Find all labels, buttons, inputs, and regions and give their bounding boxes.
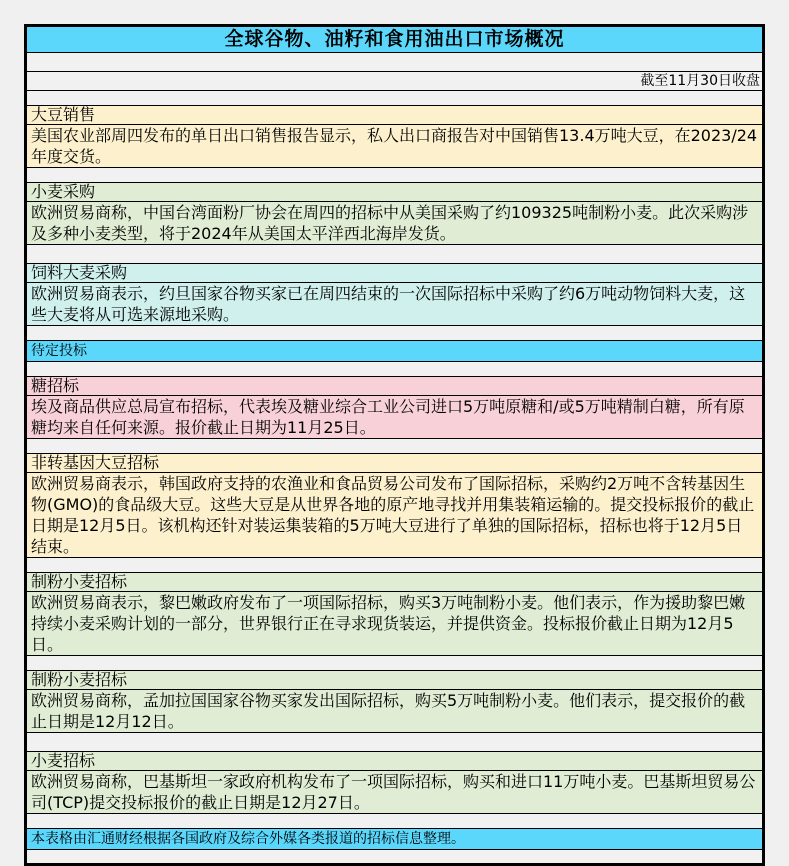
section-header: 小麦采购 [27, 183, 762, 202]
spacer-row [27, 814, 762, 829]
spacer-row [27, 733, 762, 752]
section-header: 非转基因大豆招标 [27, 454, 762, 473]
section-wheat-tender-pakistan: 小麦招标 欧洲贸易商称，巴基斯坦一家政府机构发布了一项国际招标，购买和进口11万… [27, 752, 762, 814]
section-milling-wheat-tender-bangladesh: 制粉小麦招标 欧洲贸易商称，孟加拉国国家谷物买家发出国际招标，购买5万吨制粉小麦… [27, 671, 762, 733]
section-feed-barley-purchase: 饲料大麦采购 欧洲贸易商表示，约旦国家谷物买家已在周四结束的一次国际招标中采购了… [27, 264, 762, 326]
section-body: 埃及商品供应总局宣布招标，代表埃及糖业综合工业公司进口5万吨原糖和/或5万吨精制… [27, 396, 762, 438]
section-body: 欧洲贸易商表示，黎巴嫩政府发布了一项国际招标，购买3万吨制粉小麦。他们表示，作为… [27, 592, 762, 655]
section-non-gmo-soybean-tender: 非转基因大豆招标 欧洲贸易商表示，韩国政府支持的农渔业和食品贸易公司发布了国际招… [27, 454, 762, 558]
spacer-row [27, 656, 762, 671]
table-title: 全球谷物、油籽和食用油出口市场概况 [27, 27, 762, 53]
section-body: 欧洲贸易商称，中国台湾面粉厂协会在周四的招标中从美国采购了约109325吨制粉小… [27, 202, 762, 244]
section-body: 欧洲贸易商表示，韩国政府支持的农渔业和食品贸易公司发布了国际招标，采购约2万吨不… [27, 473, 762, 557]
section-header: 大豆销售 [27, 106, 762, 125]
section-header: 糖招标 [27, 377, 762, 396]
spacer-row [27, 245, 762, 264]
section-soybean-sales: 大豆销售 美国农业部周四发布的单日出口销售报告显示，私人出口商报告对中国销售13… [27, 106, 762, 168]
section-milling-wheat-tender-lebanon: 制粉小麦招标 欧洲贸易商表示，黎巴嫩政府发布了一项国际招标，购买3万吨制粉小麦。… [27, 573, 762, 656]
section-body: 美国农业部周四发布的单日出口销售报告显示，私人出口商报告对中国销售13.4万吨大… [27, 125, 762, 167]
section-header: 小麦招标 [27, 752, 762, 771]
section-sugar-tender: 糖招标 埃及商品供应总局宣布招标，代表埃及糖业综合工业公司进口5万吨原糖和/或5… [27, 377, 762, 439]
spacer-row [27, 326, 762, 341]
pending-tenders-divider: 待定投标 [27, 341, 762, 362]
section-body: 欧洲贸易商称，孟加拉国国家谷物买家发出国际招标，购买5万吨制粉小麦。他们表示，提… [27, 690, 762, 732]
spacer-row [27, 362, 762, 377]
as-of-date: 截至11月30日收盘 [27, 72, 762, 91]
spacer-row [27, 91, 762, 106]
spacer-row [27, 558, 762, 573]
spacer-row [27, 53, 762, 72]
section-header: 制粉小麦招标 [27, 573, 762, 592]
tender-overview-table: 全球谷物、油籽和食用油出口市场概况 截至11月30日收盘 大豆销售 美国农业部周… [24, 24, 765, 829]
section-header: 制粉小麦招标 [27, 671, 762, 690]
section-body: 欧洲贸易商称，巴基斯坦一家政府机构发布了一项国际招标，购买和进口11万吨小麦。巴… [27, 771, 762, 813]
spacer-row [27, 168, 762, 183]
section-wheat-purchase: 小麦采购 欧洲贸易商称，中国台湾面粉厂协会在周四的招标中从美国采购了约10932… [27, 183, 762, 245]
spacer-row [27, 439, 762, 454]
section-body: 欧洲贸易商表示，约旦国家谷物买家已在周四结束的一次国际招标中采购了约6万吨动物饲… [27, 283, 762, 325]
section-header: 饲料大麦采购 [27, 264, 762, 283]
